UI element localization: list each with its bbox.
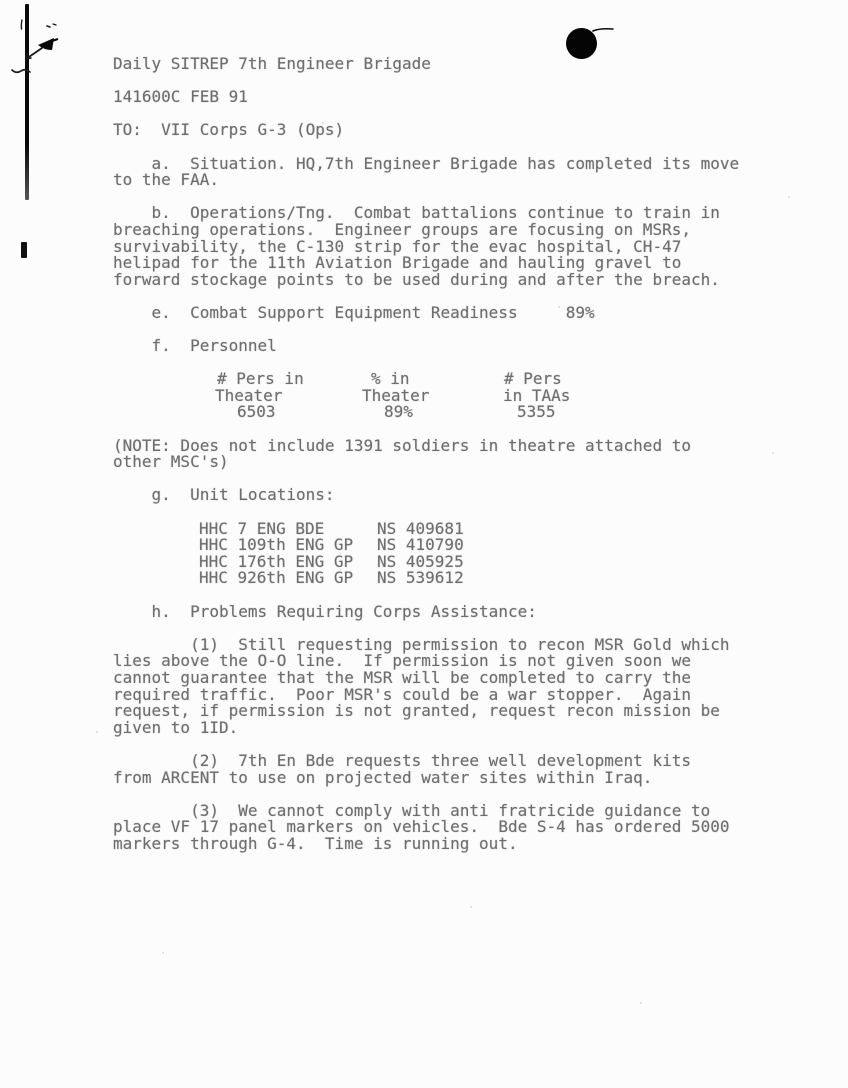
pers-in-theater-value: 6503 [237, 404, 276, 421]
para-a-situation: a. Situation. HQ,7th Engineer Brigade ha… [113, 156, 813, 189]
personnel-table: # Pers in % in # Pers Theater Theater in… [113, 371, 813, 421]
pen-scribble-marks [8, 10, 98, 90]
personnel-table-header-row-2: Theater Theater in TAAs [113, 388, 813, 405]
problem-2: (2) 7th En Bde requests three well devel… [113, 753, 813, 786]
date-time-group: 141600C FEB 91 [113, 89, 813, 106]
para-f-personnel: f. Personnel [113, 338, 813, 355]
para-g-unit-locations: g. Unit Locations: [113, 487, 813, 504]
problem-1: (1) Still requesting permission to recon… [113, 637, 813, 737]
scan-edge-dash-artifact [21, 242, 27, 258]
pers-in-taas-value: 5355 [517, 404, 556, 421]
para-h-problems: h. Problems Requiring Corps Assistance: [113, 604, 813, 621]
pen-tick-icon [592, 27, 614, 33]
addressee-line: TO: VII Corps G-3 (Ops) [113, 122, 813, 139]
scanned-document-page: Daily SITREP 7th Engineer Brigade 141600… [0, 0, 848, 1088]
unit-name: HHC 926th ENG GP [199, 570, 353, 587]
unit-grid: NS 539612 [377, 570, 464, 587]
document-title: Daily SITREP 7th Engineer Brigade [113, 56, 813, 73]
problem-3: (3) We cannot comply with anti fratricid… [113, 803, 813, 853]
document-body: Daily SITREP 7th Engineer Brigade 141600… [113, 56, 813, 869]
personnel-table-value-row: 6503 89% 5355 [113, 404, 813, 421]
para-b-operations: b. Operations/Tng. Combat battalions con… [113, 205, 813, 288]
para-e-equipment-readiness: e. Combat Support Equipment Readiness 89… [113, 305, 813, 322]
unit-row: HHC 926th ENG GP NS 539612 [113, 570, 813, 587]
unit-locations-list: HHC 7 ENG BDE NS 409681 HHC 109th ENG GP… [113, 521, 813, 587]
pct-in-theater-value: 89% [384, 404, 413, 421]
note-line: (NOTE: Does not include 1391 soldiers in… [113, 438, 813, 471]
